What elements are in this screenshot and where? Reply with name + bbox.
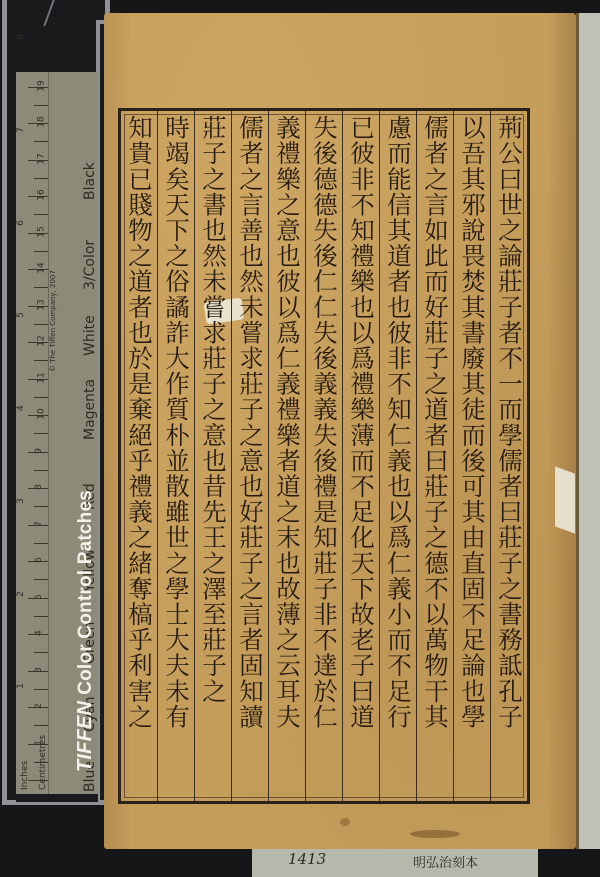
copyright-text: © The Tiffen Company, 2007 <box>49 270 57 372</box>
ruler-tick <box>34 141 48 142</box>
patch-label-white: White <box>82 315 98 356</box>
column-text: 儒者之言善也然未嘗求莊子之意也好莊子之言者固知讀 <box>233 115 267 729</box>
ruler-tick <box>34 287 48 288</box>
inch-tick-label: 4 <box>16 405 26 411</box>
text-column-2: 以吾其邪說畏焚其書廢其徒而後可其由直固不足論也學 <box>453 111 490 801</box>
text-column-4: 慮而能信其道者也彼非不知仁義也以爲仁義小而不足行 <box>379 111 416 801</box>
cm-tick-label: 9 <box>34 448 44 454</box>
ruler-tick <box>34 178 48 179</box>
cm-tick-label: 3 <box>34 667 44 673</box>
ruler-tick <box>34 579 48 580</box>
inch-tick-label: 2 <box>16 591 26 597</box>
text-column-1: 荊公曰世之論莊子者不一而學儒者曰莊子之書務詆孔子 <box>490 111 527 801</box>
cm-tick-label: 14 <box>37 262 47 273</box>
tiffen-logo: TIFFEN <box>74 701 96 772</box>
inch-tick-label: 3 <box>16 498 26 504</box>
ink-stain <box>340 818 350 826</box>
cm-tick-label: 13 <box>37 299 47 310</box>
inch-tick-label: 5 <box>16 313 26 319</box>
inch-tick-label: 6 <box>16 220 26 226</box>
centimetres-label: Centimetres <box>38 735 48 790</box>
patch-label-3color: 3/Color <box>82 240 98 290</box>
column-text: 已彼非不知禮樂也以爲禮樂薄而不足化天下故老子曰道 <box>344 115 378 729</box>
column-text: 以吾其邪說畏焚其書廢其徒而後可其由直固不足論也學 <box>455 115 489 729</box>
cm-tick-label: 12 <box>37 335 47 346</box>
cm-tick-label: 4 <box>34 630 44 636</box>
ruler-tick <box>34 616 48 617</box>
patch-label-magenta: Magenta <box>82 379 98 440</box>
ruler-tick <box>34 725 48 726</box>
text-column-5: 已彼非不知禮樂也以爲禮樂薄而不足化天下故老子曰道 <box>342 111 379 801</box>
ruler-tick <box>34 360 48 361</box>
inches-label: Inches <box>20 761 30 790</box>
text-column-8: 儒者之言善也然未嘗求莊子之意也好莊子之言者固知讀 <box>231 111 268 801</box>
column-text: 知貴已賤物之道者也於是棄絕乎禮義之緒奪槁乎利害之 <box>122 115 156 729</box>
cm-tick-label: 18 <box>37 116 47 127</box>
water-stain <box>410 830 460 838</box>
book-spine <box>576 13 600 849</box>
ruler-tick <box>34 543 48 544</box>
ruler-scale: 1234567891011121314151617181912345678 <box>16 72 49 794</box>
tiffen-brand-title: TIFFENColor Control Patches <box>74 490 97 772</box>
patch-label-black: Black <box>82 162 98 200</box>
cm-tick-label: 7 <box>34 521 44 527</box>
text-column-11: 知貴已賤物之道者也於是棄絕乎禮義之緒奪槁乎利害之 <box>121 111 157 801</box>
ruler-foot <box>16 794 98 802</box>
edition-note: 明弘治刻本 <box>413 852 478 871</box>
cm-tick-label: 11 <box>37 372 47 383</box>
column-text: 慮而能信其道者也彼非不知仁義也以爲仁義小而不足行 <box>381 115 415 729</box>
text-column-7: 義禮樂之意也彼以爲仁義禮樂者道之末也故薄之云耳夫 <box>268 111 305 801</box>
catalog-number: 1413 <box>288 850 326 868</box>
column-text: 荊公曰世之論莊子者不一而學儒者曰莊子之書務詆孔子 <box>492 115 526 729</box>
cm-tick-label: 8 <box>34 484 44 490</box>
cm-tick-label: 19 <box>37 80 47 91</box>
column-text: 時竭矣天下之俗譎詐大作質朴並散雖世之學士大夫未有 <box>159 115 193 729</box>
ruler-tick <box>34 324 48 325</box>
inch-tick-label: 1 <box>16 683 26 689</box>
card-title: Color Control Patches <box>75 490 96 695</box>
cm-tick-label: 17 <box>37 153 47 164</box>
ruler-tick <box>34 397 48 398</box>
column-text: 莊子之書也然未嘗求莊子之意也昔先王之澤至莊子之 <box>196 115 230 704</box>
printed-text-block: 荊公曰世之論莊子者不一而學儒者曰莊子之書務詆孔子 以吾其邪說畏焚其書廢其徒而後可… <box>118 108 530 804</box>
cm-tick-label: 5 <box>34 594 44 600</box>
page-tear <box>555 466 575 533</box>
ruler-tick <box>34 689 48 690</box>
ruler-tick <box>34 470 48 471</box>
ruler-tick <box>34 652 48 653</box>
ruler-tick <box>34 105 48 106</box>
text-column-10: 時竭矣天下之俗譎詐大作質朴並散雖世之學士大夫未有 <box>157 111 194 801</box>
column-text: 失後德德失後仁仁失後義義失後禮是知莊子非不達於仁 <box>307 115 341 729</box>
cm-tick-label: 6 <box>34 557 44 563</box>
ruler-tick <box>34 433 48 434</box>
column-text: 義禮樂之意也彼以爲仁義禮樂者道之末也故薄之云耳夫 <box>270 115 304 729</box>
text-column-9: 莊子之書也然未嘗求莊子之意也昔先王之澤至莊子之 <box>194 111 231 801</box>
column-text: 儒者之言如此而好莊子之道者曰莊子之德不以萬物干其 <box>418 115 452 729</box>
color-control-ruler: 1234567891011121314151617181912345678 In… <box>16 72 98 794</box>
cm-tick-label: 10 <box>37 408 47 419</box>
ruler-tick <box>34 506 48 507</box>
cm-tick-label: 2 <box>34 703 44 709</box>
inch-tick-label: 8 <box>16 34 26 40</box>
cm-tick-label: 15 <box>37 226 47 237</box>
inch-tick-label: 7 <box>16 127 26 133</box>
cm-tick-label: 16 <box>37 189 47 200</box>
text-column-3: 儒者之言如此而好莊子之道者曰莊子之德不以萬物干其 <box>416 111 453 801</box>
text-column-6: 失後德德失後仁仁失後義義失後禮是知莊子非不達於仁 <box>305 111 342 801</box>
ruler-tick <box>34 214 48 215</box>
ruler-tick <box>34 251 48 252</box>
